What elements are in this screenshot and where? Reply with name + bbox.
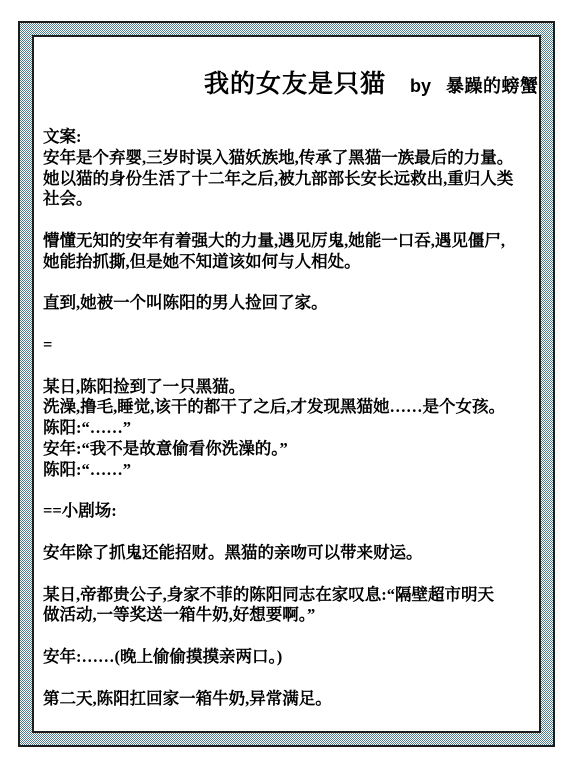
text-line: 她能抬抓撕,但是她不知道该如何与人相处。 xyxy=(43,252,539,273)
checker-border-band: 我的女友是只猫 by 暴躁的螃蟹 文案:安年是个弃婴,三岁时误入猫妖族地,传承了… xyxy=(20,23,553,745)
text-line xyxy=(43,481,539,502)
text-line: 文案: xyxy=(43,127,539,148)
title-row: 我的女友是只猫 by 暴躁的螃蟹 xyxy=(204,70,539,100)
document-title: 我的女友是只猫 xyxy=(204,70,386,100)
text-line: 某日,陈阳捡到了一只黑猫。 xyxy=(43,377,539,398)
text-line: 她以猫的身份生活了十二年之后,被九部部长安长远救出,重归人类 xyxy=(43,169,539,190)
text-line xyxy=(43,210,539,231)
text-line: 安年:……(晚上偷偷摸摸亲两口。) xyxy=(43,647,539,668)
text-line: 安年:“我不是故意偷看你洗澡的。” xyxy=(43,439,539,460)
text-line xyxy=(43,626,539,647)
text-line: 陈阳:“……” xyxy=(43,418,539,439)
text-line: 直到,她被一个叫陈阳的男人捡回了家。 xyxy=(43,293,539,314)
text-line xyxy=(43,564,539,585)
text-line: 做活动,一等奖送一箱牛奶,好想要啊。” xyxy=(43,605,539,626)
text-line: ==小剧场: xyxy=(43,501,539,522)
text-line xyxy=(43,273,539,294)
decorative-frame: 我的女友是只猫 by 暴躁的螃蟹 文案:安年是个弃婴,三岁时误入猫妖族地,传承了… xyxy=(18,21,555,747)
text-line: 洗澡,撸毛,睡觉,该干的都干了之后,才发现黑猫她……是个女孩。 xyxy=(43,397,539,418)
text-line: 社会。 xyxy=(43,189,539,210)
byline-prefix: by xyxy=(410,76,431,97)
inner-panel: 我的女友是只猫 by 暴躁的螃蟹 文案:安年是个弃婴,三岁时误入猫妖族地,传承了… xyxy=(32,35,541,733)
document-body: 文案:安年是个弃婴,三岁时误入猫妖族地,传承了黑猫一族最后的力量。她以猫的身份生… xyxy=(43,127,539,709)
text-line: = xyxy=(43,335,539,356)
text-line: 懵懂无知的安年有着强大的力量,遇见厉鬼,她能一口吞,遇见僵尸, xyxy=(43,231,539,252)
text-line: 某日,帝都贵公子,身家不菲的陈阳同志在家叹息:“隔壁超市明天 xyxy=(43,585,539,606)
text-line: 陈阳:“……” xyxy=(43,460,539,481)
text-line: 安年是个弃婴,三岁时误入猫妖族地,传承了黑猫一族最后的力量。 xyxy=(43,148,539,169)
text-line: 安年除了抓鬼还能招财。黑猫的亲吻可以带来财运。 xyxy=(43,543,539,564)
text-line xyxy=(43,356,539,377)
text-line xyxy=(43,522,539,543)
document-page: 我的女友是只猫 by 暴躁的螃蟹 文案:安年是个弃婴,三岁时误入猫妖族地,传承了… xyxy=(0,0,578,774)
text-line: 第二天,陈阳扛回家一箱牛奶,异常满足。 xyxy=(43,689,539,710)
text-line xyxy=(43,668,539,689)
author-name: 暴躁的螃蟹 xyxy=(446,72,539,98)
text-line xyxy=(43,314,539,335)
